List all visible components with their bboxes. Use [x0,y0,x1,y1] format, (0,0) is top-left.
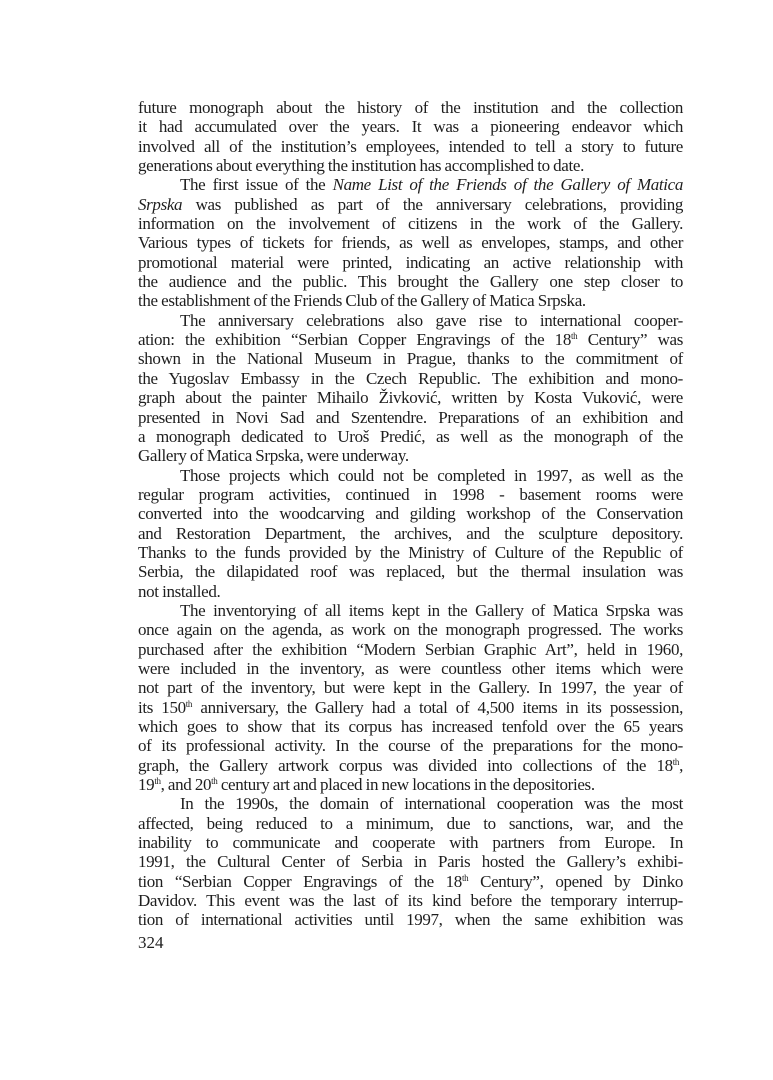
text-line: which goes to show that its corpus has i… [138,717,683,736]
text-line: ation: the exhibition “Serbian Copper En… [138,330,683,349]
text-line: presented in Novi Sad and Szentendre. Pr… [138,408,683,427]
text-line: In the 1990s, the domain of internationa… [138,794,683,813]
paragraph: In the 1990s, the domain of internationa… [138,794,683,929]
text-line: shown in the National Museum in Prague, … [138,349,683,368]
text-line: graph about the painter Mihailo Živković… [138,388,683,407]
text-line: and Restoration Department, the archives… [138,524,683,543]
text-line: not installed. [138,582,683,601]
text-line: generations about everything the institu… [138,156,683,175]
text-line: tion of international activities until 1… [138,910,683,929]
text-line: inability to communicate and cooperate w… [138,833,683,852]
text-line: Those projects which could not be comple… [138,466,683,485]
text-line: involved all of the institution’s employ… [138,137,683,156]
text-line: The anniversary celebrations also gave r… [138,311,683,330]
italic-title: Srpska [138,195,182,214]
text-line: graph, the Gallery artwork corpus was di… [138,756,683,775]
text-line: Serbia, the dilapidated roof was replace… [138,562,683,581]
text-line: the Yugoslav Embassy in the Czech Republ… [138,369,683,388]
text-line: Various types of tickets for friends, as… [138,233,683,252]
text-line: it had accumulated over the years. It wa… [138,117,683,136]
paragraph: The first issue of the Name List of the … [138,175,683,310]
paragraph: The inventorying of all items kept in th… [138,601,683,794]
text-line: promotional material were printed, indic… [138,253,683,272]
text-line: were included in the inventory, as were … [138,659,683,678]
text-line: 1991, the Cultural Center of Serbia in P… [138,852,683,871]
paragraph: Those projects which could not be comple… [138,466,683,601]
text-line: affected, being reduced to a minimum, du… [138,814,683,833]
paragraph: future monograph about the history of th… [138,98,683,175]
text-line: regular program activities, continued in… [138,485,683,504]
ordinal-suffix: th [571,331,577,341]
text-line: Davidov. This event was the last of its … [138,891,683,910]
text-line: purchased after the exhibition “Modern S… [138,640,683,659]
text-line: information on the involvement of citize… [138,214,683,233]
text-line: a monograph dedicated to Uroš Predić, as… [138,427,683,446]
text-line: Srpska was published as part of the anni… [138,195,683,214]
text-line: tion “Serbian Copper Engravings of the 1… [138,872,683,891]
page-body: future monograph about the history of th… [138,98,683,930]
text-line: The first issue of the Name List of the … [138,175,683,194]
text-line: future monograph about the history of th… [138,98,683,117]
text-line: the establishment of the Friends Club of… [138,291,683,310]
text-line: its 150th anniversary, the Gallery had a… [138,698,683,717]
text-line: of its professional activity. In the cou… [138,736,683,755]
text-line: Gallery of Matica Srpska, were underway. [138,446,683,465]
page-number: 324 [138,933,164,953]
text-line: The inventorying of all items kept in th… [138,601,683,620]
ordinal-suffix: th [673,757,679,767]
ordinal-suffix: th [211,776,217,786]
italic-title: Name List of the Friends of the Gallery … [333,175,683,194]
ordinal-suffix: th [154,776,160,786]
text-line: converted into the woodcarving and gildi… [138,504,683,523]
ordinal-suffix: th [462,873,468,883]
text-line: Thanks to the funds provided by the Mini… [138,543,683,562]
text-line: 19th, and 20th century art and placed in… [138,775,683,794]
text-line: not part of the inventory, but were kept… [138,678,683,697]
text-line: the audience and the public. This brough… [138,272,683,291]
paragraph: The anniversary celebrations also gave r… [138,311,683,466]
ordinal-suffix: th [186,699,192,709]
text-line: once again on the agenda, as work on the… [138,620,683,639]
